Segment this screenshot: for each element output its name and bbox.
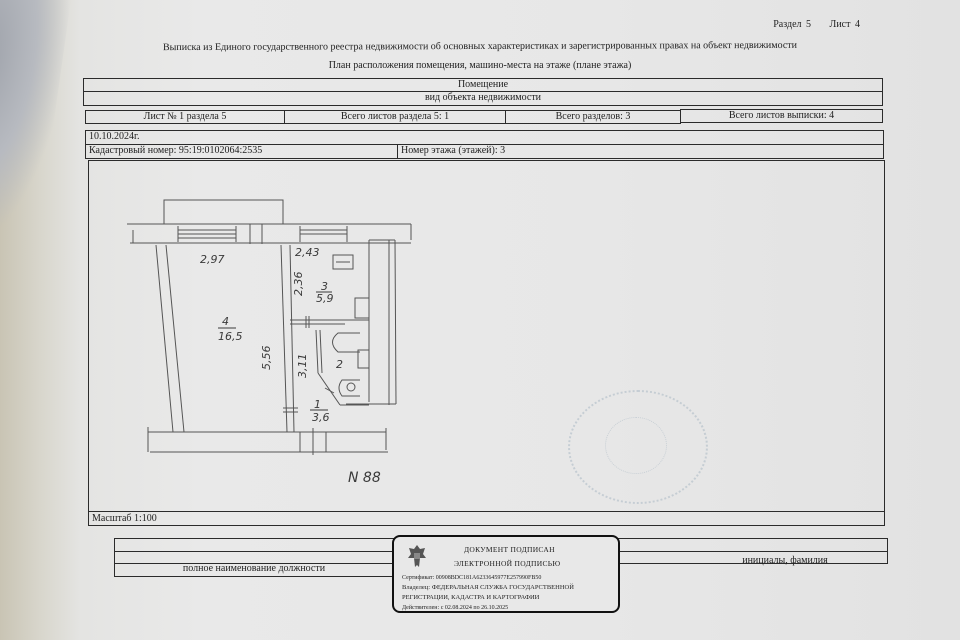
- dim-2-43: 2,43: [295, 246, 320, 259]
- room-4-area: 16,5: [218, 330, 243, 343]
- plan-scale: Масштаб 1:100: [88, 512, 885, 526]
- position-label: полное наименование должности: [114, 563, 394, 577]
- stamp-owner2: РЕГИСТРАЦИИ, КАДАСТРА И КАРТОГРАФИИ: [402, 593, 539, 603]
- eagle-emblem-icon: [406, 543, 428, 569]
- dim-2-36: 2,36: [292, 272, 305, 297]
- faded-seal: [568, 390, 708, 504]
- dim-5-56: 5,56: [260, 346, 273, 371]
- room-1-area: 3,6: [312, 411, 330, 424]
- stamp-line1: ДОКУМЕНТ ПОДПИСАН: [464, 545, 555, 555]
- dim-2-97: 2,97: [200, 253, 225, 266]
- room-4-number: 4: [222, 315, 229, 328]
- electronic-signature-stamp: ДОКУМЕНТ ПОДПИСАН ЭЛЕКТРОННОЙ ПОДПИСЬЮ С…: [392, 535, 620, 613]
- stamp-owner: Владелец: ФЕДЕРАЛЬНАЯ СЛУЖБА ГОСУДАРСТВЕ…: [402, 583, 574, 593]
- stamp-valid: Действителен: с 02.08.2024 по 26.10.2025: [402, 603, 508, 613]
- room-2-number: 2: [336, 358, 343, 371]
- room-1-number: 1: [314, 398, 321, 411]
- dim-3-11: 3,11: [296, 354, 309, 379]
- apartment-number: N 88: [348, 470, 381, 486]
- room-3-area: 5,9: [316, 292, 334, 305]
- stamp-certificate: Сертификат: 00908BDC181A6233645977E25799…: [402, 573, 541, 583]
- stamp-line2: ЭЛЕКТРОННОЙ ПОДПИСЬЮ: [454, 559, 560, 569]
- name-label: инициалы, фамилия: [700, 555, 870, 566]
